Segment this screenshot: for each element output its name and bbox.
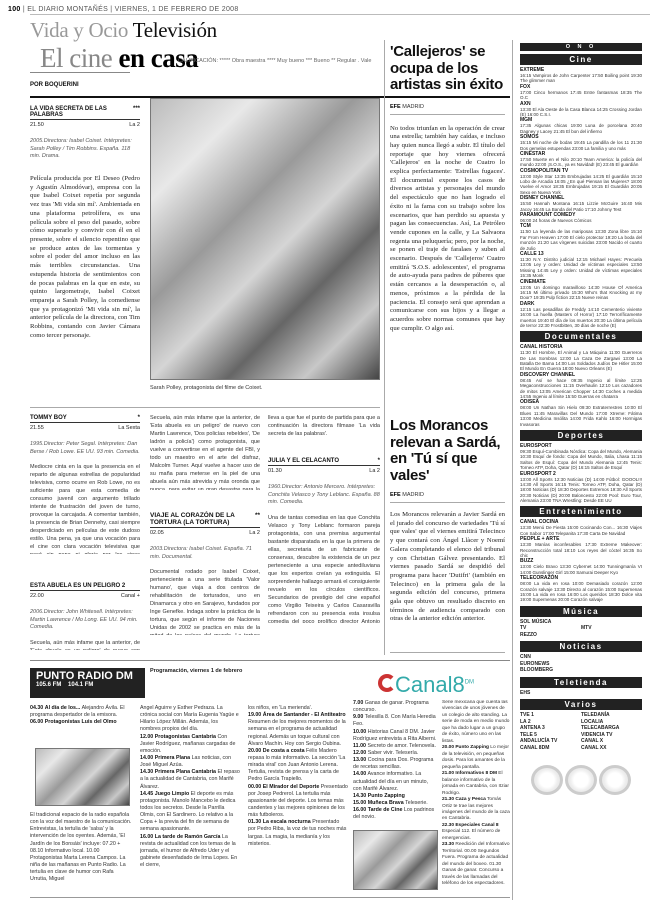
channel-schedule: 13:00 All Sports 12:30 Noticias (D) 14:0… bbox=[520, 477, 642, 504]
film-credits: 2005.Directora: Isabel Coixet. Intérpret… bbox=[30, 138, 140, 161]
article-headline: 'Callejeros' se ocupa de los artistas si… bbox=[390, 44, 505, 94]
article-photo bbox=[150, 98, 380, 380]
guide-section-noticias: Noticias bbox=[520, 641, 642, 652]
bottom-strip-rule bbox=[30, 660, 510, 661]
schedule-entry: 06.00 Protagonistas Luis del Olmo bbox=[30, 719, 132, 726]
film-time: 01.30 bbox=[268, 468, 282, 474]
film-title: JULIA Y EL CELACANTO bbox=[268, 458, 339, 464]
schedule-entry: 10.00 Historias Canal 8 DM. Javier Rodrí… bbox=[353, 729, 438, 743]
schedule-entry: 20.00 Punto Zapping Lo mejor de la telev… bbox=[442, 745, 510, 771]
channel-schedule: 17:35 Algunas chicas 19:00 Luna de porce… bbox=[520, 123, 642, 134]
channel-list-teletienda: EHS bbox=[520, 690, 642, 697]
page-folio: 100 | EL DIARIO MONTAÑÉS | VIERNES, 1 DE… bbox=[8, 6, 239, 13]
ono-logo bbox=[520, 765, 642, 795]
film-channel: La 2 bbox=[129, 122, 140, 128]
divider bbox=[390, 652, 505, 653]
film-review-continued: Secuela, aún más infame que la anterior,… bbox=[150, 415, 260, 490]
schedule-entry: 21.30 Caza y Pesca Tomás Ortiz te trae l… bbox=[442, 797, 510, 823]
guide-section-entretenimiento: Entretenimiento bbox=[520, 506, 642, 517]
cine-title: El cine en casa bbox=[40, 45, 198, 72]
schedule-entry: 14.30 Punto Zapping bbox=[353, 793, 438, 800]
schedule-entry: 16.00 Tarde de Cine Los padrinos del nov… bbox=[353, 807, 438, 820]
channel-schedule: 15:15 Mi noche de bodas 19:45 La pandill… bbox=[520, 140, 642, 151]
film-channel: La 2 bbox=[249, 530, 260, 536]
film-time: 02.05 bbox=[150, 530, 164, 536]
rebelde-photo bbox=[353, 830, 438, 890]
film-stars: *** bbox=[133, 106, 140, 118]
channel-schedule: 13:00 Style Star 13:35 Embrujadas 14:25 … bbox=[520, 174, 642, 196]
guide-section-varios: Varios bbox=[520, 699, 642, 710]
film-review: Secuela, aún más infame que la anterior,… bbox=[30, 640, 140, 650]
film-stars: * bbox=[138, 415, 140, 421]
film-review-continued: lleva a que fue el punto de partida para… bbox=[268, 415, 380, 443]
schedule-entry: Ángel Aguirre y Esther Pedraza. La cróni… bbox=[140, 705, 240, 734]
film-stars: * bbox=[378, 458, 380, 464]
channel-list-noticias: CNNEURONEWSBLOOMBERG bbox=[520, 654, 642, 674]
film-title: TOMMY BOY bbox=[30, 415, 67, 421]
header-rule bbox=[30, 14, 650, 15]
channel-schedule: 13:05 Un domingo maravilloso 14:30 House… bbox=[520, 285, 642, 301]
film-review: Mediocre cinta en la que la presencia en… bbox=[30, 464, 140, 554]
film-title: LA VIDA SECRETA DE LAS PALABRAS bbox=[30, 106, 133, 118]
article-body: No todos triunfan en la operación de cre… bbox=[390, 125, 505, 375]
channel-list-varios: TVE 1TELEDANÍA LA 2LOCALIA ANTENA 3TELEC… bbox=[520, 712, 642, 751]
channel-schedule: 17:50 Muerte en el Nilo 20:10 Team Ameri… bbox=[520, 157, 642, 168]
channel-schedule: 09:30 Esquí-Combinada Nórdica: Copa del … bbox=[520, 449, 642, 471]
canal8-swoosh-icon bbox=[378, 674, 396, 692]
article-source: EFE MADRID bbox=[390, 492, 505, 503]
column-divider bbox=[384, 40, 385, 655]
guide-section-documentales: Documentales bbox=[520, 331, 642, 342]
channel-schedule: 08:00 La vida en rosa 10:00 Demasiado co… bbox=[520, 581, 642, 603]
schedule-entry: 12.00 Saber vivir. Telesería. bbox=[353, 750, 438, 757]
programming-header: Programación, viernes 1 de febrero bbox=[150, 668, 242, 674]
film-title: VIAJE AL CORAZÓN DE LA TORTURA (LA TORTU… bbox=[150, 512, 255, 526]
film-review: Película producida por El Deseo (Pedro y… bbox=[30, 175, 140, 363]
article-source: EFE MADRID bbox=[390, 104, 505, 115]
schedule-entry: 04.30 Al día de los... Alejandro Ávila. … bbox=[30, 705, 132, 719]
channel-schedule: 11:30 El Hombre, El Animal y La Máquina … bbox=[520, 350, 642, 372]
article-morancos: Los Morancos relevan a Sardá, en 'Tú sí … bbox=[390, 418, 505, 686]
schedule-entry: 20.00 De costa a costa Félix Madero repa… bbox=[248, 748, 348, 784]
radio-schedule-col3: los niños, en 'La merienda'.19.00 Área d… bbox=[248, 705, 348, 895]
column-divider bbox=[512, 40, 513, 900]
schedule-entry: 11.00 Secreto de amor. Telenovela. bbox=[353, 743, 438, 750]
schedule-entry: 21.00 Informativos 8 DM El balance infor… bbox=[442, 771, 510, 797]
rating-legend: CALIFICACIÓN: ***** Obra maestra **** Mu… bbox=[178, 58, 371, 64]
film-credits: 2006.Director: John Whitesell. Intérpret… bbox=[30, 609, 140, 632]
film-credits: 1960.Director: Antonio Mercero. Intérpre… bbox=[268, 484, 380, 507]
channel-schedule: 11:50 La leyenda de las mariposas 13:30 … bbox=[520, 229, 642, 251]
channel-schedule: 12:15 Las pesadillas de Freddy 14:10 Cem… bbox=[520, 307, 642, 329]
cine-underline bbox=[30, 72, 130, 73]
divider bbox=[30, 407, 380, 408]
channel-schedule: 15:50 Hannah Montana 16:15 Lizzie McGuir… bbox=[520, 201, 642, 212]
film-credits: 2003.Directora: Isabel Coixet. España. 7… bbox=[150, 546, 260, 561]
schedule-entry: 19.00 Área de Santander - El Antiteatro … bbox=[248, 712, 348, 748]
channel-schedule: 13:00 Cielo Bravo 13:30 Cybernet 14:00 T… bbox=[520, 564, 642, 575]
film-review: Una de tantas comedias en las que Conchi… bbox=[268, 515, 380, 623]
guide-section-teletienda: Teletienda bbox=[520, 677, 642, 688]
film-time: 21.55 bbox=[30, 425, 44, 431]
schedule-entry: 12.00 Protagonistas Cantabria Con Javier… bbox=[140, 734, 240, 755]
film-channel: La 2 bbox=[369, 468, 380, 474]
schedule-entry: 13.00 Cocina para Dos. Programa de recet… bbox=[353, 757, 438, 771]
radio-schedule-col1: 04.30 Al día de los... Alejandro Ávila. … bbox=[30, 705, 132, 726]
tv-guide: O N O CineEXTREME16:15 Vampiros de John … bbox=[520, 40, 642, 795]
channel-schedule: 08:45 Así se hace 09:35 Ingenio al límit… bbox=[520, 378, 642, 400]
film-entry: TOMMY BOY* 21.55La Sexta 1995.Director: … bbox=[30, 415, 140, 554]
guide-section-musica: Música bbox=[520, 606, 642, 617]
film-channel: La Sexta bbox=[118, 425, 140, 431]
schedule-entry: 9.00 Telesilla 8. Con María Heredia Feo. bbox=[353, 714, 438, 728]
film-entry: LA VIDA SECRETA DE LAS PALABRAS*** 21.50… bbox=[30, 106, 140, 363]
channel-schedule: 08:00 Un Nathan Sin Hielo 09:30 Extrater… bbox=[520, 405, 642, 427]
channel-schedule: 13:30 Menú De Fiesta 15:00 Cocinando Con… bbox=[520, 525, 642, 536]
canal8-logo: Canal8DM bbox=[395, 672, 474, 698]
film-review: Documental rodado por Isabel Coixet, per… bbox=[150, 569, 260, 635]
channel-schedule: 13:30 Manías inconfesables 17:30 Extreme… bbox=[520, 542, 642, 558]
radio-schedule-col1b: El tradicional espacio de la radio españ… bbox=[30, 812, 132, 896]
schedule-entry: 23.30 Reedición del Informativo Territor… bbox=[442, 842, 510, 887]
schedule-entry: 7.00 Ganas de ganar. Programa concurso. bbox=[353, 700, 438, 714]
schedule-entry: 14.00 Primera Plana Las noticias, con Jo… bbox=[140, 755, 240, 769]
film-time: 22.00 bbox=[30, 593, 44, 599]
guide-brand-bar: O N O bbox=[520, 43, 642, 51]
section-title: Vida y Ocio Televisión bbox=[30, 18, 217, 43]
channel-schedule: 16:15 Vampiros de John Carpenter 17:50 B… bbox=[520, 73, 642, 84]
channel-schedule: 13:30 El Ala Oeste de la Casa Blanca 14:… bbox=[520, 107, 642, 118]
channel-schedule: 17:00 Cinco hermanos 17:45 Entre fantasm… bbox=[520, 90, 642, 101]
schedule-entry: 22.30 Especiales Canal 8 Especial 112. E… bbox=[442, 823, 510, 842]
channel-list-musica: SOL MÚSICA TVMTV REZZO bbox=[520, 619, 642, 639]
channel-schedule: 11:30 N.Y. Distrito judicial 12:15 Micha… bbox=[520, 257, 642, 279]
presenter-photo bbox=[35, 748, 130, 806]
canal8-schedule-col1: 7.00 Ganas de ganar. Programa concurso.9… bbox=[353, 700, 438, 820]
article-headline: Los Morancos relevan a Sardá, en 'Tú sí … bbox=[390, 418, 505, 484]
schedule-entry: 16.00 La tarde de Ramón García La revist… bbox=[140, 834, 240, 870]
film-stars: ** bbox=[255, 512, 260, 526]
punto-radio-logo: PUNTO RADIO DM 105.6 FM 104.1 FM bbox=[30, 668, 145, 698]
schedule-entry: Serie mexicana que cuenta las vivencias … bbox=[442, 700, 510, 745]
page-bottom-rule bbox=[30, 897, 510, 898]
film-title: ESTA ABUELA ES UN PELIGRO 2 bbox=[30, 583, 125, 589]
canal8-schedule-col2: Serie mexicana que cuenta las vivencias … bbox=[442, 700, 510, 895]
schedule-entry: 15.00 Muñeca Brava Teleserie. bbox=[353, 800, 438, 807]
film-time: 21.50 bbox=[30, 122, 44, 128]
schedule-entry: 00.00 El Mirador del Deporte Presentado … bbox=[248, 784, 348, 820]
film-entry: ESTA ABUELA ES UN PELIGRO 2 22.00Canal +… bbox=[30, 583, 140, 650]
byline: POR BOQUERINI bbox=[30, 82, 79, 88]
guide-section-deportes: Deportes bbox=[520, 430, 642, 441]
film-entry: JULIA Y EL CELACANTO* 01.30La 2 1960.Dir… bbox=[268, 458, 380, 623]
film-credits: 1995.Director: Peter Segal. Intérpretes:… bbox=[30, 441, 140, 456]
film-channel: Canal + bbox=[121, 593, 140, 599]
article-callejeros: 'Callejeros' se ocupa de los artistas si… bbox=[390, 44, 505, 375]
radio-schedule-col2: Ángel Aguirre y Esther Pedraza. La cróni… bbox=[140, 705, 240, 895]
schedule-entry: 14.30 Primera Plana Cantabria El repaso … bbox=[140, 769, 240, 790]
guide-section-cine: Cine bbox=[520, 54, 642, 65]
photo-caption: Sarah Polley, protagonista del filme de … bbox=[150, 385, 262, 391]
schedule-entry: 01.30 La escala nocturna Presentado por … bbox=[248, 819, 348, 848]
film-entry: VIAJE AL CORAZÓN DE LA TORTURA (LA TORTU… bbox=[150, 512, 260, 635]
schedule-entry: 14.00 Avance informativo. La actualidad … bbox=[353, 771, 438, 792]
schedule-entry: 14.45 Juego Limpio El deporte es más pro… bbox=[140, 791, 240, 834]
